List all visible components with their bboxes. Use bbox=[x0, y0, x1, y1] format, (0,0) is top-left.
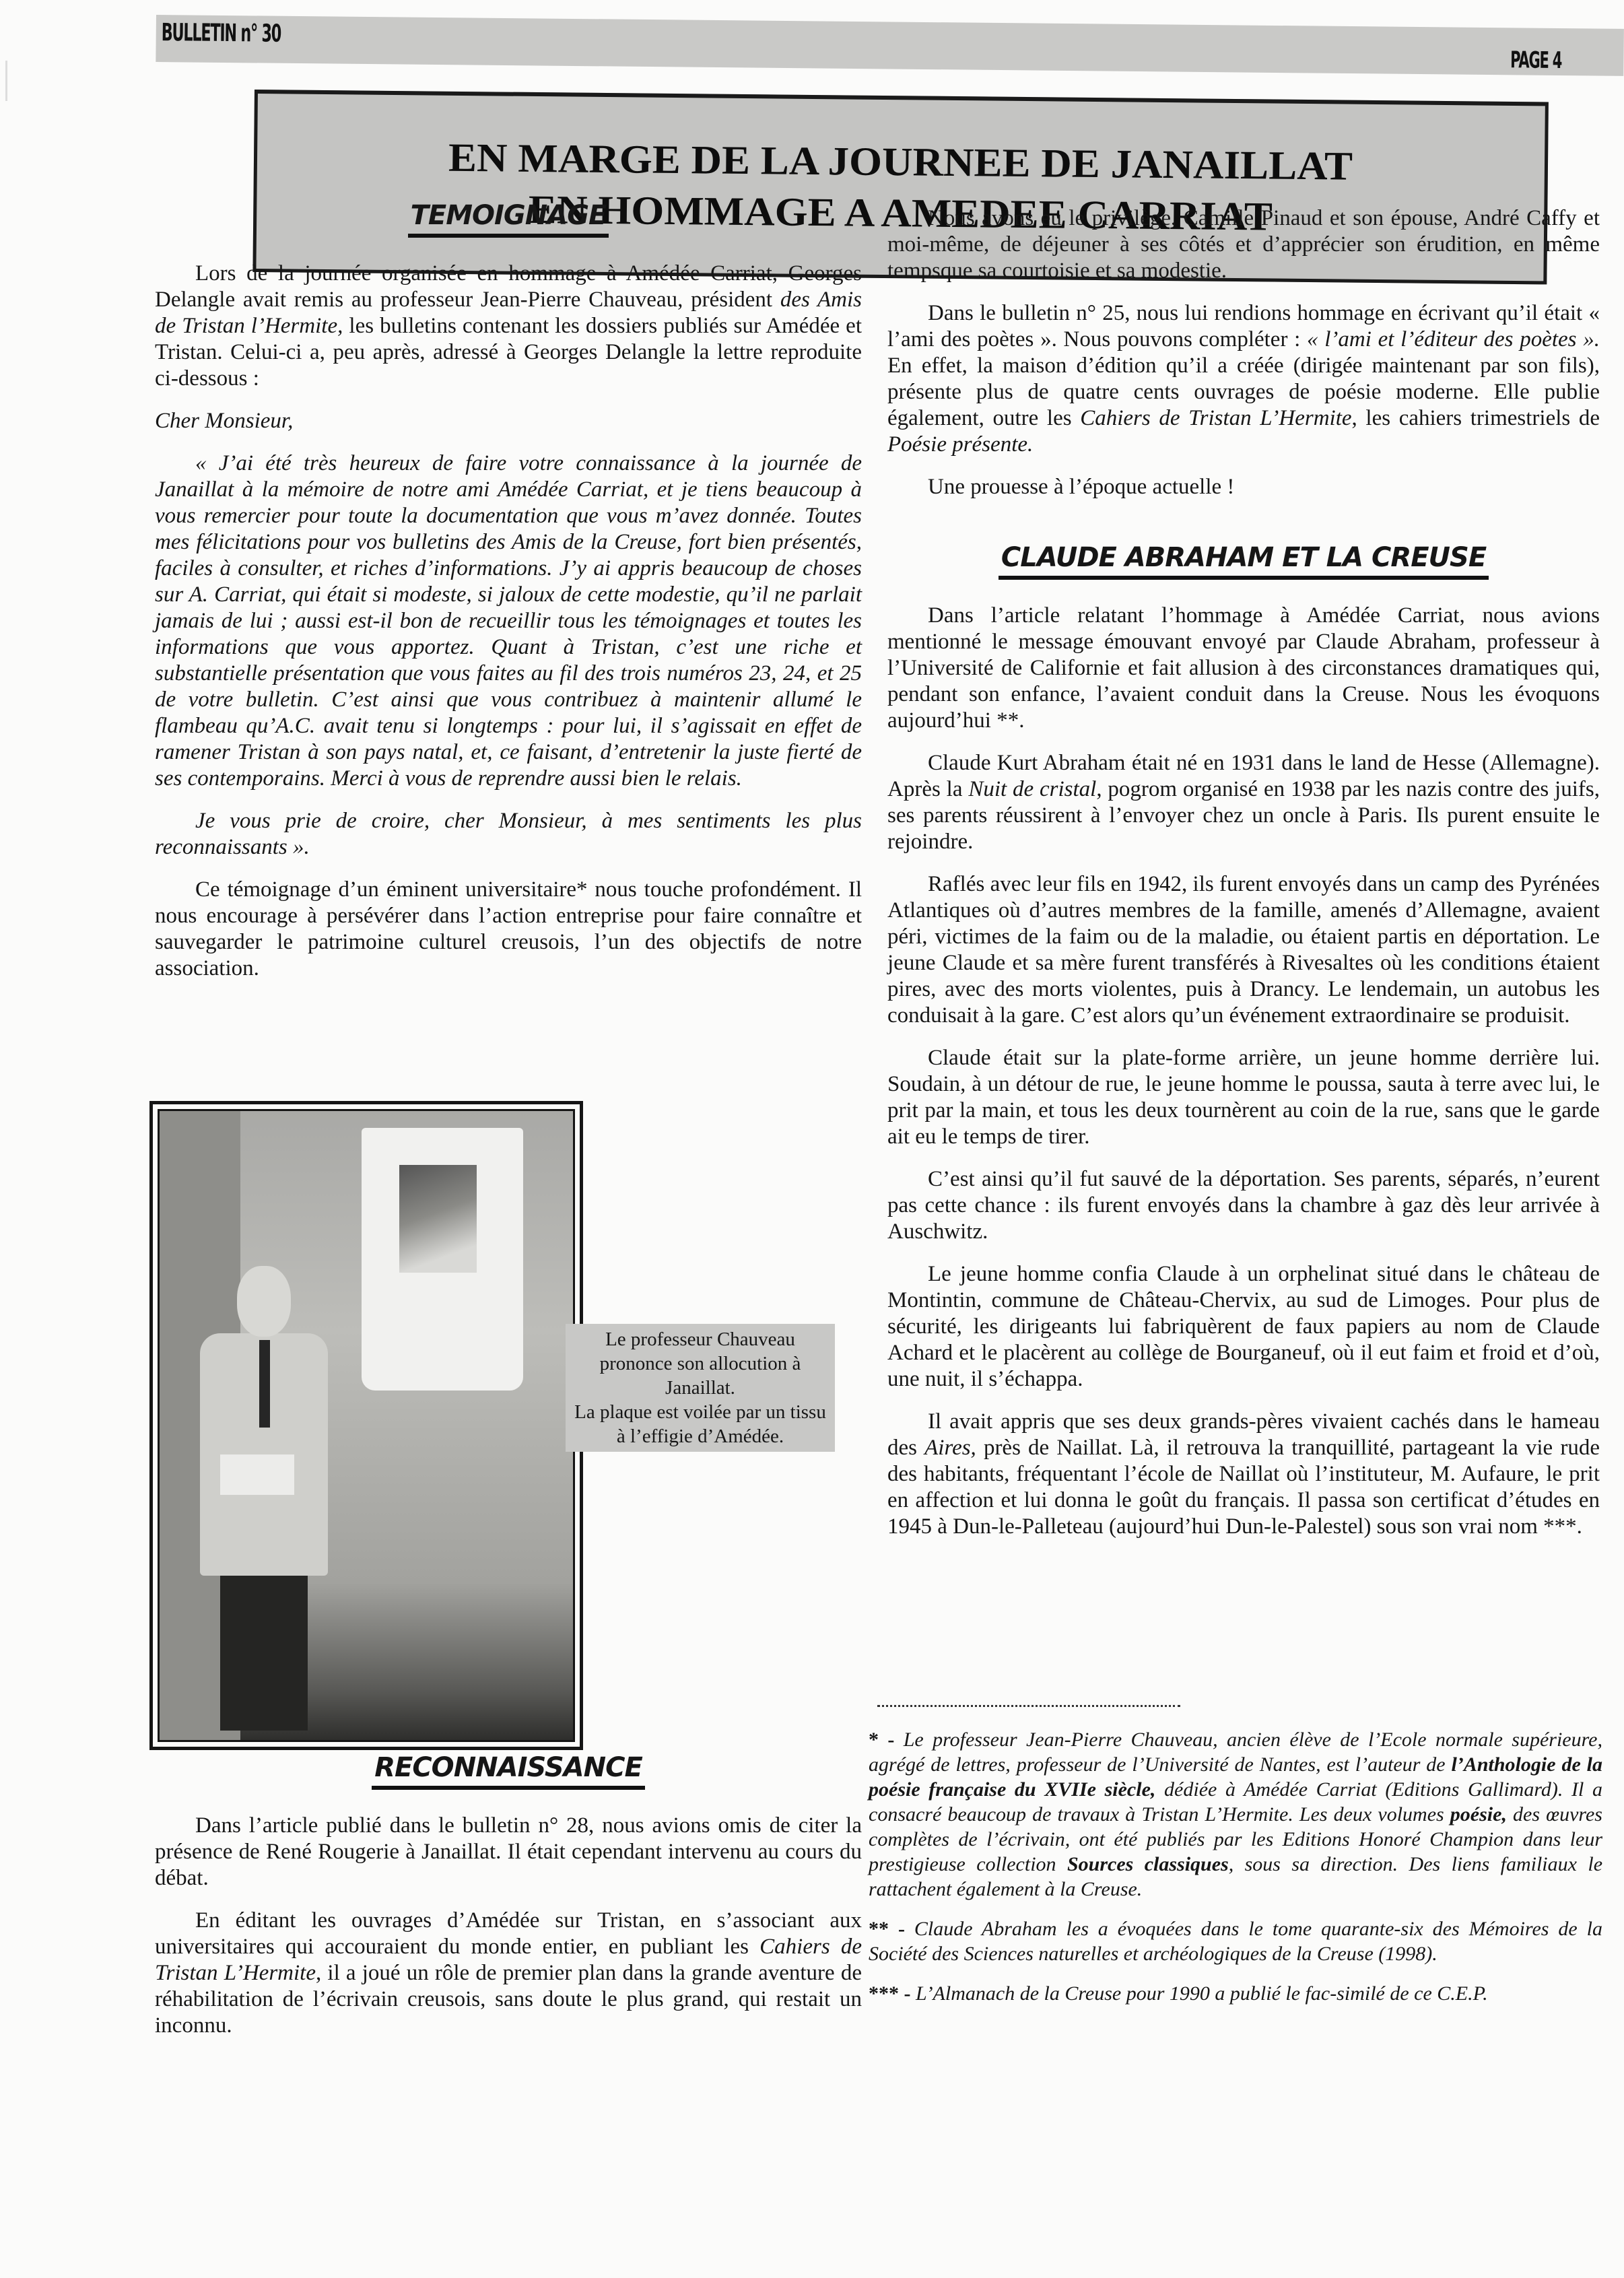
footnote-mark: * - bbox=[869, 1729, 894, 1751]
footnote-mark: *** - bbox=[869, 1982, 911, 2005]
photo-effigy-portrait bbox=[399, 1165, 477, 1273]
paragraph: Claude Kurt Abraham était né en 1931 dan… bbox=[887, 750, 1600, 855]
bulletin-number: BULLETIN n° 30 bbox=[162, 19, 281, 48]
text-run-italic: Nuit de cristal bbox=[968, 777, 1096, 801]
text-run-bold: poésie, bbox=[1450, 1803, 1507, 1825]
text-run-italic: Cahiers de Tristan L’Hermite bbox=[1080, 406, 1351, 430]
photo-speaker-legs bbox=[220, 1576, 308, 1731]
page-number: PAGE 4 bbox=[1510, 46, 1561, 74]
heading-reconnaissance: RECONNAISSANCE bbox=[372, 1751, 645, 1790]
text-run-italic: « l’ami et l’éditeur des poètes ». bbox=[1307, 327, 1600, 351]
letter-salutation: Cher Monsieur, bbox=[155, 408, 862, 434]
text-run: Lors de la journée organisée en hommage … bbox=[155, 261, 862, 312]
paragraph: Nous avons eu le privilège, Camille Pina… bbox=[887, 205, 1600, 284]
paragraph-intro: Lors de la journée organisée en hommage … bbox=[155, 261, 862, 392]
heading-claude-abraham: CLAUDE ABRAHAM ET LA CREUSE bbox=[999, 541, 1489, 580]
paragraph: Raflés avec leur fils en 1942, ils furen… bbox=[887, 871, 1600, 1029]
photo-speaker-paper bbox=[220, 1454, 294, 1495]
paragraph: Une prouesse à l’époque actuelle ! bbox=[887, 474, 1600, 500]
footnote-mark: ** - bbox=[869, 1918, 905, 1940]
page-title-line-1: EN MARGE DE LA JOURNEE DE JANAILLAT bbox=[448, 132, 1353, 192]
paragraph: Il avait appris que ses deux grands-père… bbox=[887, 1409, 1600, 1540]
scan-edge-mark bbox=[5, 61, 7, 101]
photo-frame bbox=[149, 1101, 583, 1750]
paragraph: C’est ainsi qu’il fut sauvé de la déport… bbox=[887, 1166, 1600, 1245]
photo-speaker-tie bbox=[259, 1340, 270, 1428]
photo-veiled-plaque bbox=[362, 1128, 523, 1391]
photo-speaker-head bbox=[237, 1266, 291, 1337]
text-run-italic: Poésie présente. bbox=[887, 432, 1033, 457]
section-heading: TEMOIGNAGE bbox=[155, 199, 862, 238]
photo-speaker bbox=[187, 1266, 335, 1731]
text-run-italic: Aires, bbox=[924, 1436, 976, 1460]
article-right-column: Nous avons eu le privilège, Camille Pina… bbox=[887, 205, 1600, 1556]
paragraph: En éditant les ouvrages d’Amédée sur Tri… bbox=[155, 1908, 862, 2039]
footnote-3: *** - L’Almanach de la Creuse pour 1990 … bbox=[869, 1981, 1602, 2006]
caption-line: prononce son allocution à bbox=[566, 1351, 835, 1376]
paragraph: Dans l’article publié dans le bulletin n… bbox=[155, 1813, 862, 1891]
photo-professor-chauveau bbox=[158, 1109, 575, 1742]
article-temoignage: TEMOIGNAGE Lors de la journée organisée … bbox=[155, 199, 862, 998]
footnote-2: ** - Claude Abraham les a évoquées dans … bbox=[869, 1916, 1602, 1966]
text-run: Claude Abraham les a évoquées dans le to… bbox=[869, 1918, 1602, 1965]
text-run-bold: Sources classiques bbox=[1067, 1853, 1229, 1875]
text-run: , les cahiers trimestriels de bbox=[1352, 406, 1600, 430]
paragraph: Le jeune homme confia Claude à un orphel… bbox=[887, 1261, 1600, 1393]
caption-line: Le professeur Chauveau bbox=[566, 1327, 835, 1351]
photo-caption: Le professeur Chauveau prononce son allo… bbox=[566, 1324, 835, 1452]
header-band: BULLETIN n° 30 PAGE 4 bbox=[156, 15, 1624, 76]
heading-temoignage: TEMOIGNAGE bbox=[408, 199, 609, 238]
letter-closing: Je vous prie de croire, cher Monsieur, à… bbox=[155, 808, 862, 861]
caption-line: à l’effigie d’Amédée. bbox=[566, 1424, 835, 1448]
section-heading: CLAUDE ABRAHAM ET LA CREUSE bbox=[887, 541, 1600, 580]
footnotes: * - Le professeur Jean-Pierre Chauveau, … bbox=[869, 1727, 1602, 2021]
paragraph: Dans le bulletin n° 25, nous lui rendion… bbox=[887, 300, 1600, 458]
article-reconnaissance: RECONNAISSANCE Dans l’article publié dan… bbox=[155, 1751, 862, 2055]
section-heading: RECONNAISSANCE bbox=[155, 1751, 862, 1790]
footnote-1: * - Le professeur Jean-Pierre Chauveau, … bbox=[869, 1727, 1602, 1902]
paragraph: Claude était sur la plate-forme arrière,… bbox=[887, 1045, 1600, 1150]
text-run: L’Almanach de la Creuse pour 1990 a publ… bbox=[911, 1982, 1488, 2005]
text-run: En éditant les ouvrages d’Amédée sur Tri… bbox=[155, 1908, 862, 1959]
footnote-separator bbox=[877, 1705, 1180, 1707]
text-run: près de Naillat. Là, il retrouva la tran… bbox=[887, 1436, 1600, 1539]
paragraph: Dans l’article relatant l’hommage à Améd… bbox=[887, 603, 1600, 734]
paragraph-conclusion: Ce témoignage d’un éminent universitaire… bbox=[155, 877, 862, 982]
letter-body: « J’ai été très heureux de faire votre c… bbox=[155, 450, 862, 792]
caption-line: Janaillat. bbox=[566, 1376, 835, 1400]
caption-line: La plaque est voilée par un tissu bbox=[566, 1400, 835, 1424]
